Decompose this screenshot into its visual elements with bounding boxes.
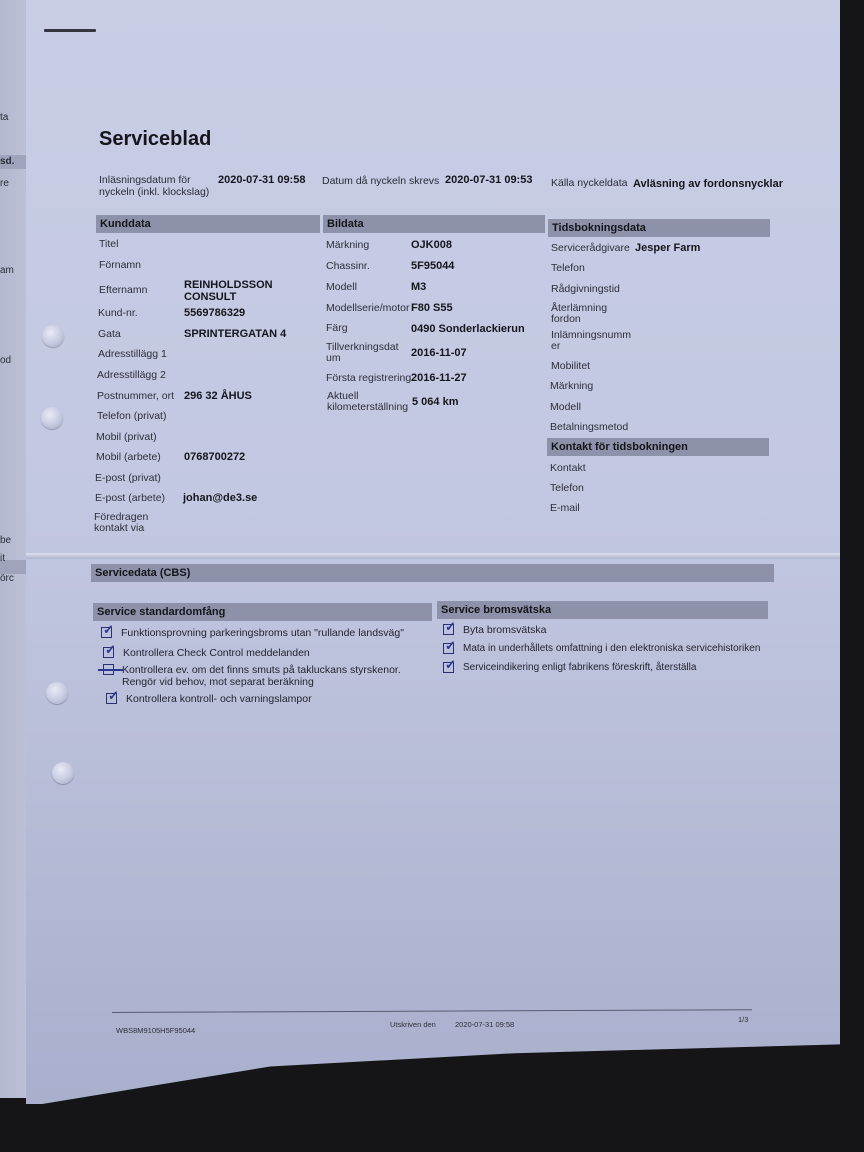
customer-lastname-value: REINHOLDSSON CONSULT [184, 279, 284, 303]
email-work-value: johan@de3.se [183, 493, 257, 504]
checkbox-checked[interactable]: ✓ [106, 693, 117, 704]
footer-page-number: 1/3 [738, 1015, 748, 1024]
checkbox-checked[interactable]: ✓ [443, 662, 454, 673]
service-item: ✓ Serviceindikering enligt fabrikens för… [443, 662, 696, 674]
service-advisor-value: Jesper Farm [635, 243, 700, 254]
footer-printed-value: 2020-07-31 09:58 [455, 1020, 514, 1029]
field-label: Föredragen kontakt via [94, 512, 156, 534]
footer-printed-label: Utskriven den [390, 1020, 436, 1029]
field-label: Mobil (arbete) [96, 452, 161, 463]
field-label: Telefon (privat) [97, 411, 166, 422]
service-item: ✓ Kontrollera kontroll- och varningslamp… [106, 693, 312, 705]
key-written-label: Datum då nyckeln skrevs [322, 175, 439, 187]
page-title: Serviceblad [99, 128, 211, 151]
read-date-value: 2020-07-31 09:58 [218, 174, 305, 186]
field-label: Kontakt [550, 463, 586, 474]
field-label: Första registrering [326, 373, 411, 384]
chassis-value: 5F95044 [411, 261, 454, 272]
field-label: Titel [99, 239, 118, 250]
mobile-work-value: 0768700272 [184, 452, 245, 463]
customer-number-value: 5569786329 [184, 308, 245, 319]
key-source-label: Källa nyckeldata [551, 177, 627, 189]
first-registration-value: 2016-11-27 [411, 373, 467, 384]
field-label: Postnummer, ort [97, 391, 174, 402]
mileage-value: 5 064 km [412, 397, 458, 408]
checkbox-checked[interactable]: ✓ [443, 643, 454, 654]
field-label: Gata [98, 329, 121, 340]
model-value: M3 [411, 282, 426, 293]
key-written-value: 2020-07-31 09:53 [445, 174, 532, 186]
field-label: Betalningsmetod [550, 422, 628, 433]
field-label: Chassinr. [326, 261, 370, 272]
field-label: Modellserie/motor [326, 303, 409, 314]
service-document: Serviceblad Inläsningsdatum för nyckeln … [0, 0, 864, 1152]
field-label: Modell [550, 402, 581, 413]
field-label: Färg [326, 323, 348, 334]
registration-value: OJK008 [411, 240, 452, 251]
field-label: Telefon [551, 263, 585, 274]
field-label: Återlämning fordon [551, 303, 611, 325]
field-label: Märkning [326, 240, 369, 251]
field-label: Kund-nr. [98, 308, 138, 319]
field-label: Modell [326, 282, 357, 293]
checkbox-struck[interactable] [103, 664, 114, 675]
field-label: Aktuell kilometerställning [327, 391, 407, 413]
field-label: Telefon [550, 483, 584, 494]
checkbox-checked[interactable]: ✓ [101, 627, 112, 638]
section-header-tidsbokningsdata: Tidsbokningsdata [548, 219, 770, 237]
checkbox-checked[interactable]: ✓ [103, 647, 114, 658]
section-header-servicedata: Servicedata (CBS) [91, 564, 774, 582]
manufacture-date-value: 2016-11-07 [411, 348, 467, 359]
field-label: Rådgivningstid [551, 284, 620, 295]
field-label: Adresstillägg 2 [97, 370, 166, 381]
service-item: ✓ Kontrollera Check Control meddelanden [103, 647, 310, 659]
field-label: Märkning [550, 381, 593, 392]
section-header-kontakt: Kontakt för tidsbokningen [547, 438, 769, 456]
field-label: E-mail [550, 503, 580, 514]
postal-city-value: 296 32 ÅHUS [184, 391, 252, 402]
section-header-brake-fluid: Service bromsvätska [437, 601, 768, 619]
section-header-service-standard: Service standardomfång [93, 603, 432, 621]
field-label: Servicerådgivare [551, 243, 630, 254]
checkbox-checked[interactable]: ✓ [443, 624, 454, 635]
field-label: E-post (privat) [95, 473, 161, 484]
section-header-bildata: Bildata [323, 215, 545, 233]
field-label: Efternamn [99, 285, 147, 296]
key-source-value: Avläsning av fordonsnycklar [633, 178, 783, 190]
field-label: Mobil (privat) [96, 432, 157, 443]
footer-divider [112, 1009, 752, 1013]
color-value: 0490 Sonderlackierun [411, 324, 525, 335]
service-item: ✓ Mata in underhållets omfattning i den … [443, 643, 760, 655]
section-header-kunddata: Kunddata [96, 215, 320, 233]
read-date-label: Inläsningsdatum för nyckeln (inkl. klock… [99, 174, 214, 198]
field-label: Inlämningsnummer [551, 330, 631, 352]
service-item: ✓ Funktionsprovning parkeringsbroms utan… [101, 627, 404, 639]
footer-vin: WBS8M9105H5F95044 [116, 1026, 195, 1035]
field-label: Mobilitet [551, 361, 590, 372]
field-label: E-post (arbete) [95, 493, 165, 504]
model-series-value: F80 S55 [411, 303, 453, 314]
service-item: ✓ Byta bromsvätska [443, 624, 546, 636]
service-item: Kontrollera ev. om det finns smuts på ta… [103, 664, 438, 688]
field-label: Tillverkningsdatum [326, 342, 402, 364]
field-label: Adresstillägg 1 [98, 349, 167, 360]
street-value: SPRINTERGATAN 4 [184, 329, 286, 340]
field-label: Förnamn [99, 260, 141, 271]
